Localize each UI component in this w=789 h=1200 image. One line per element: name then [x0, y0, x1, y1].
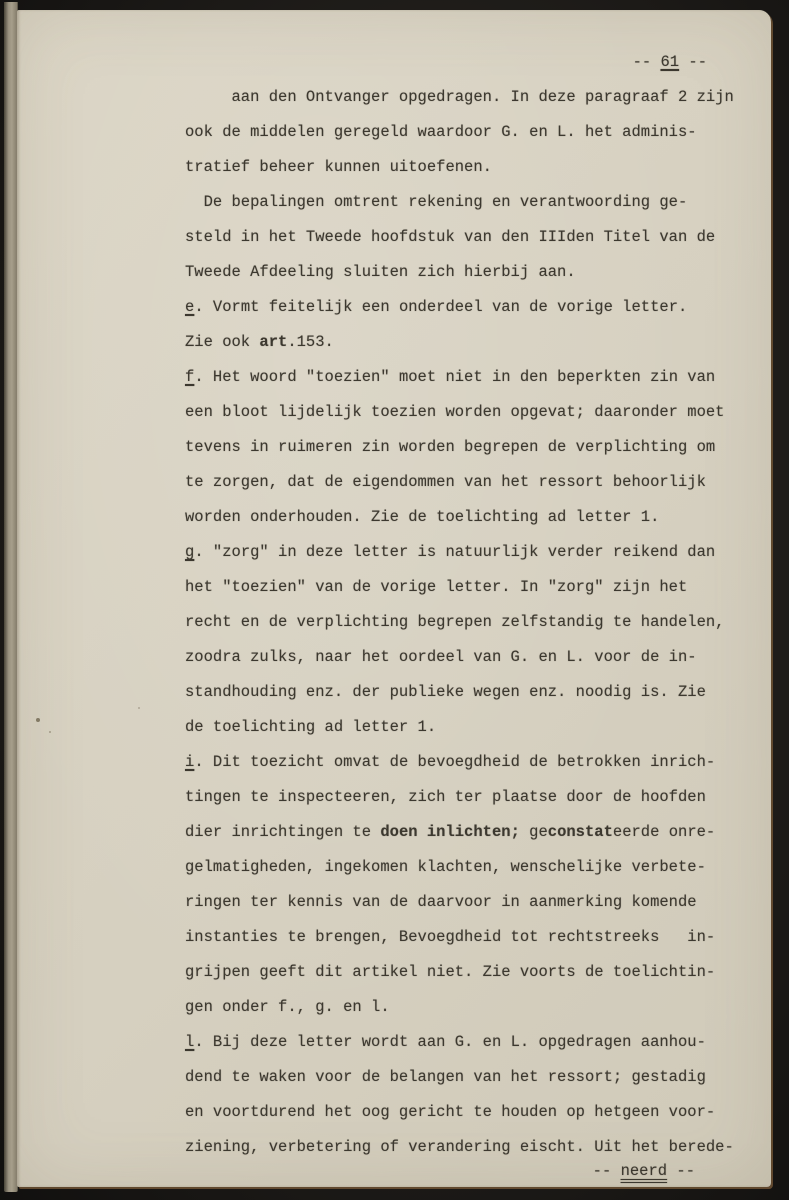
line-segment: Zie ook [185, 333, 259, 351]
line-segment: instanties te brengen, Bevoegdheid tot r… [185, 928, 715, 946]
line-segment: -- [679, 53, 707, 71]
text-line: instanties te brengen, Bevoegdheid tot r… [185, 920, 751, 955]
text-line: steld in het Tweede hoofdstuk van den II… [185, 220, 751, 255]
scan-background: { "colors": { "background": "#262320", "… [0, 0, 789, 1200]
line-segment: tevens in ruimeren zin worden begrepen d… [185, 438, 715, 456]
line-segment: aan den Ontvanger opgedragen. In deze pa… [185, 88, 734, 106]
line-segment: de toelichting ad letter 1. [185, 718, 436, 736]
line-segment: tingen te inspecteeren, zich ter plaatse… [185, 788, 706, 806]
text-line: aan den Ontvanger opgedragen. In deze pa… [185, 80, 751, 115]
line-segment: dend te waken voor de belangen van het r… [185, 1068, 706, 1086]
text-line: tratief beheer kunnen uitoefenen. [185, 150, 751, 185]
text-line: ringen ter kennis van de daarvoor in aan… [185, 885, 751, 920]
text-line: Zie ook art.153. [185, 325, 751, 360]
line-segment: worden onderhouden. Zie de toelichting a… [185, 508, 659, 526]
line-segment: neerd [621, 1162, 668, 1180]
line-segment: gelmatigheden, ingekomen klachten, wensc… [185, 858, 706, 876]
line-segment: f [185, 368, 194, 386]
text-line: recht en de verplichting begrepen zelfst… [185, 605, 751, 640]
document-page: -- 61 -- aan den Ontvanger opgedragen. I… [17, 10, 771, 1187]
paper-speck [36, 718, 40, 722]
text-line: De bepalingen omtrent rekening en verant… [185, 185, 751, 220]
line-segment: . Dit toezicht omvat de bevoegdheid de b… [194, 753, 715, 771]
text-line: de toelichting ad letter 1. [185, 710, 751, 745]
line-segment: g [185, 543, 194, 561]
line-segment: constat [548, 823, 613, 841]
line-segment: ook de middelen geregeld waardoor G. en … [185, 123, 697, 141]
line-segment: dier inrichtingen te [185, 823, 380, 841]
text-line: e. Vormt feitelijk een onderdeel van de … [185, 290, 751, 325]
text-line: grijpen geeft dit artikel niet. Zie voor… [185, 955, 751, 990]
line-segment: grijpen geeft dit artikel niet. Zie voor… [185, 963, 715, 981]
line-segment: doen inlichten; [380, 823, 520, 841]
page-number-line: -- 61 -- [185, 45, 751, 80]
text-line: en voortdurend het oog gericht te houden… [185, 1095, 751, 1130]
body-text: -- 61 -- aan den Ontvanger opgedragen. I… [185, 45, 751, 1189]
line-segment: . Het woord "toezien" moet niet in den b… [194, 368, 715, 386]
line-segment: steld in het Tweede hoofdstuk van den II… [185, 228, 715, 246]
line-segment: 61 [660, 53, 679, 71]
line-segment: -- [633, 53, 661, 71]
line-segment: i [185, 753, 194, 771]
line-segment: ge [520, 823, 548, 841]
text-line: l. Bij deze letter wordt aan G. en L. op… [185, 1025, 751, 1060]
facing-page-edge [4, 2, 18, 1192]
line-segment: De bepalingen omtrent rekening en verant… [185, 193, 687, 211]
line-segment: -- [667, 1162, 695, 1180]
text-line: tingen te inspecteeren, zich ter plaatse… [185, 780, 751, 815]
text-line: zoodra zulks, naar het oordeel van G. en… [185, 640, 751, 675]
line-segment: . "zorg" in deze letter is natuurlijk ve… [194, 543, 715, 561]
line-segment: ringen ter kennis van de daarvoor in aan… [185, 893, 697, 911]
line-segment: art [259, 333, 287, 351]
text-line: het "toezien" van de vorige letter. In "… [185, 570, 751, 605]
text-line: gen onder f., g. en l. [185, 990, 751, 1025]
text-line: g. "zorg" in deze letter is natuurlijk v… [185, 535, 751, 570]
line-segment: het "toezien" van de vorige letter. In "… [185, 578, 687, 596]
line-segment: en voortdurend het oog gericht te houden… [185, 1103, 715, 1121]
line-segment: .153. [287, 333, 334, 351]
text-line: dend te waken voor de belangen van het r… [185, 1060, 751, 1095]
text-line: worden onderhouden. Zie de toelichting a… [185, 500, 751, 535]
line-segment: standhouding enz. der publieke wegen enz… [185, 683, 706, 701]
text-line: i. Dit toezicht omvat de bevoegdheid de … [185, 745, 751, 780]
text-line: standhouding enz. der publieke wegen enz… [185, 675, 751, 710]
text-line: ook de middelen geregeld waardoor G. en … [185, 115, 751, 150]
line-segment: . Bij deze letter wordt aan G. en L. opg… [194, 1033, 706, 1051]
text-line: Tweede Afdeeling sluiten zich hierbij aa… [185, 255, 751, 290]
text-line: tevens in ruimeren zin worden begrepen d… [185, 430, 751, 465]
line-segment: te zorgen, dat de eigendommen van het re… [185, 473, 706, 491]
paper-speck [49, 731, 51, 733]
line-segment: gen onder f., g. en l. [185, 998, 390, 1016]
line-segment: eerde onre- [613, 823, 715, 841]
text-line: f. Het woord "toezien" moet niet in den … [185, 360, 751, 395]
line-segment: e [185, 298, 194, 316]
line-segment: zoodra zulks, naar het oordeel van G. en… [185, 648, 697, 666]
line-segment: . Vormt feitelijk een onderdeel van de v… [194, 298, 687, 316]
text-line: gelmatigheden, ingekomen klachten, wensc… [185, 850, 751, 885]
text-line: te zorgen, dat de eigendommen van het re… [185, 465, 751, 500]
text-line: dier inrichtingen te doen inlichten; gec… [185, 815, 751, 850]
paper-speck [138, 707, 140, 709]
text-line: een bloot lijdelijk toezien worden opgev… [185, 395, 751, 430]
line-segment: tratief beheer kunnen uitoefenen. [185, 158, 492, 176]
line-segment: l [185, 1033, 194, 1051]
line-segment: recht en de verplichting begrepen zelfst… [185, 613, 725, 631]
line-segment: een bloot lijdelijk toezien worden opgev… [185, 403, 725, 421]
line-segment: Tweede Afdeeling sluiten zich hierbij aa… [185, 263, 576, 281]
line-segment: -- [593, 1162, 621, 1180]
